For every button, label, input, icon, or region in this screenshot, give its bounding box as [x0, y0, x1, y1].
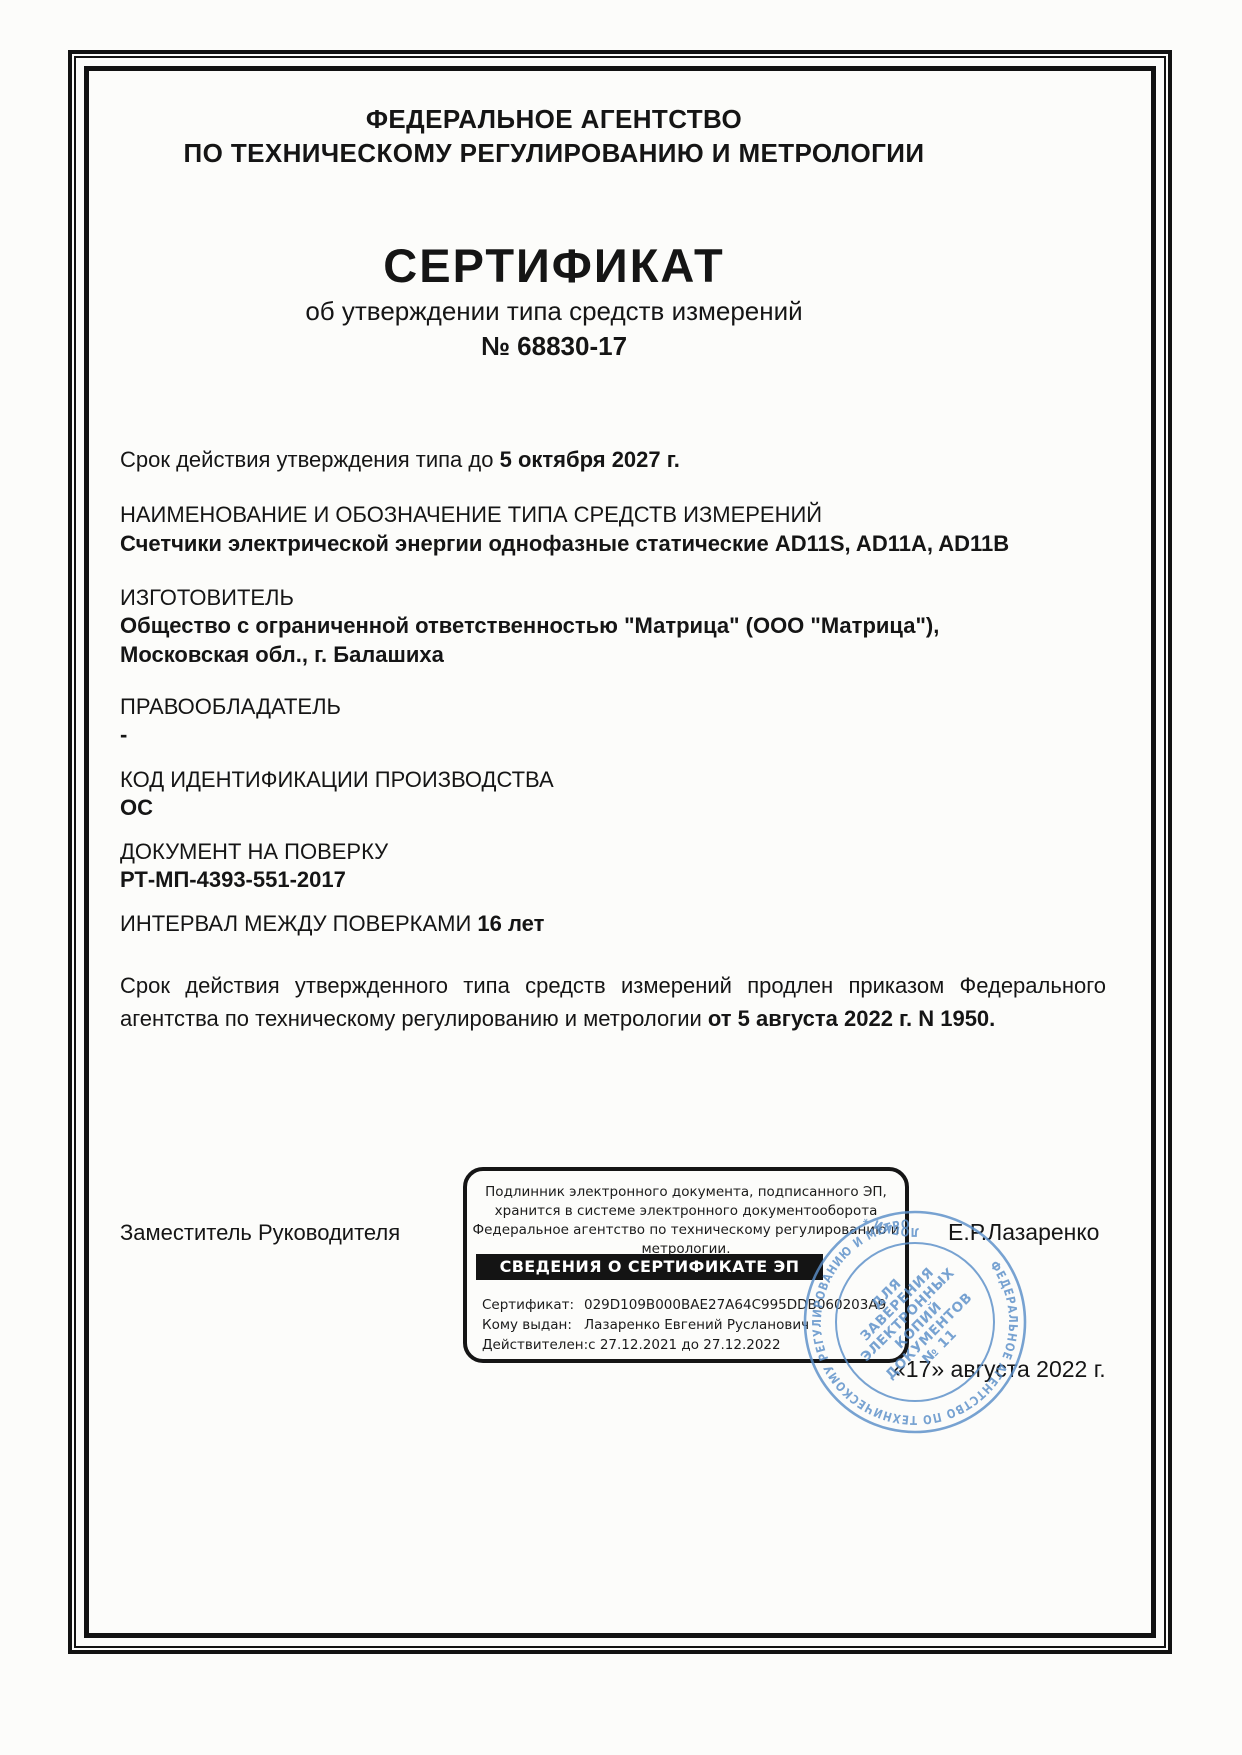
esignature-issued-label: Кому выдан: — [482, 1315, 584, 1335]
validity-value: 5 октября 2027 г. — [500, 447, 680, 472]
manufacturer-value-line1: Общество с ограниченной ответственностью… — [120, 613, 939, 639]
interval-line: ИНТЕРВАЛ МЕЖДУ ПОВЕРКАМИ 16 лет — [120, 911, 544, 937]
validity-label: Срок действия утверждения типа до — [120, 447, 500, 472]
validity-line: Срок действия утверждения типа до 5 октя… — [120, 447, 680, 473]
document-number: № 68830-17 — [0, 331, 1108, 362]
document-subtitle: об утверждении типа средств измерений — [0, 296, 1108, 327]
extension-paragraph: Срок действия утвержденного типа средств… — [120, 969, 1106, 1035]
extension-bold: от 5 августа 2022 г. N 1950. — [708, 1006, 995, 1031]
rightsholder-label: ПРАВООБЛАДАТЕЛЬ — [120, 694, 341, 720]
naming-label: НАИМЕНОВАНИЕ И ОБОЗНАЧЕНИЕ ТИПА СРЕДСТВ … — [120, 502, 822, 528]
round-stamp-icon: ФЕДЕРАЛЬНОЕ АГЕНТСТВО ПО ТЕХНИЧЕСКОМУ РЕ… — [799, 1206, 1031, 1438]
esignature-cert-label: Сертификат: — [482, 1295, 584, 1315]
naming-value: Счетчики электрической энергии однофазны… — [120, 531, 1009, 557]
interval-value: 16 лет — [477, 911, 544, 936]
rightsholder-value: - — [120, 722, 127, 748]
esignature-issued-value: Лазаренко Евгений Русланович — [584, 1317, 809, 1333]
signatory-position: Заместитель Руководителя — [120, 1220, 400, 1246]
verification-doc-value: РТ-МП-4393-551-2017 — [120, 867, 346, 893]
esignature-valid-value: с 27.12.2021 до 27.12.2022 — [588, 1337, 780, 1353]
esignature-box-line1: Подлинник электронного документа, подпис… — [467, 1183, 905, 1202]
certificate-scan-page: ФЕДЕРАЛЬНОЕ АГЕНТСТВО ПО ТЕХНИЧЕСКОМУ РЕ… — [0, 0, 1242, 1755]
esignature-bar-title: СВЕДЕНИЯ О СЕРТИФИКАТЕ ЭП — [476, 1254, 823, 1280]
verification-doc-label: ДОКУМЕНТ НА ПОВЕРКУ — [120, 839, 388, 865]
document-title: СЕРТИФИКАТ — [0, 238, 1108, 293]
production-code-label: КОД ИДЕНТИФИКАЦИИ ПРОИЗВОДСТВА — [120, 767, 554, 793]
esignature-valid-label: Действителен: — [482, 1335, 588, 1355]
agency-name-line1: ФЕДЕРАЛЬНОЕ АГЕНТСТВО — [0, 104, 1108, 135]
production-code-value: ОС — [120, 795, 153, 821]
manufacturer-value-line2: Московская обл., г. Балашиха — [120, 642, 444, 668]
agency-name-line2: ПО ТЕХНИЧЕСКОМУ РЕГУЛИРОВАНИЮ И МЕТРОЛОГ… — [0, 138, 1108, 169]
interval-label: ИНТЕРВАЛ МЕЖДУ ПОВЕРКАМИ — [120, 911, 477, 936]
manufacturer-label: ИЗГОТОВИТЕЛЬ — [120, 585, 294, 611]
